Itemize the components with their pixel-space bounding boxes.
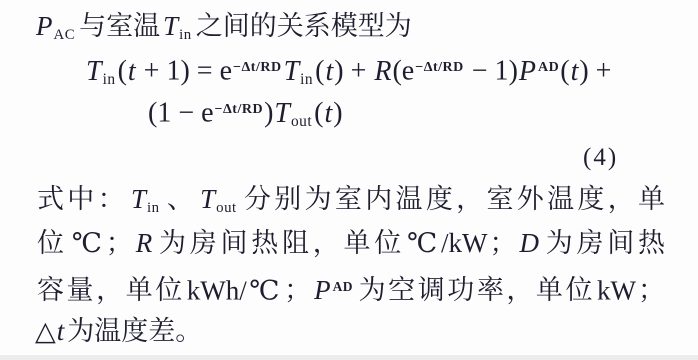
math-token: ； [638, 275, 665, 305]
math-token: + 1 [137, 56, 181, 87]
math-token: in [103, 71, 116, 88]
math-token: e [402, 56, 414, 87]
math-token: P [314, 275, 331, 305]
math-token: T [131, 184, 146, 214]
math-token: P [36, 11, 53, 41]
math-token: −Δt/RD [215, 102, 264, 117]
math-token: ℃； [72, 228, 133, 258]
math-token: (1 − e [148, 98, 214, 129]
math-token: 、 [164, 184, 198, 214]
math-token: 式中： [37, 184, 128, 214]
body-text-line-3: 容量，单位kWh/℃；PAD为空调功率，单位kW； [35, 269, 667, 308]
math-token: 容量，单位 [37, 275, 185, 305]
math-token: 分别为室内温度，室外温度，单 [241, 184, 665, 214]
math-token: T [200, 184, 215, 214]
math-token: AD [333, 279, 354, 294]
math-token: ℃/kW [407, 228, 487, 258]
math-token: in [179, 27, 192, 43]
math-token: ) [180, 56, 189, 87]
equation-line-2: (1 − e−Δt/RD)Tout(t) [148, 92, 343, 140]
math-token: ( [314, 98, 323, 129]
math-token: 为房间热 [542, 228, 665, 258]
math-token: in [300, 71, 313, 88]
math-token: △ [35, 316, 56, 346]
math-token: 位 [37, 228, 68, 258]
math-token: t [324, 98, 332, 129]
math-token: t [128, 56, 136, 87]
math-token: e [220, 56, 232, 87]
scan-edge-shadow [0, 355, 698, 360]
math-token: P [519, 56, 536, 87]
math-token: out [291, 113, 312, 130]
math-token: AC [54, 27, 76, 43]
math-token: −Δt/RD [233, 60, 282, 75]
math-token: ( [118, 56, 127, 87]
math-token: ) [579, 56, 588, 87]
math-token: 为温度差。 [67, 316, 202, 346]
body-text-line-4: △t为温度差。 [35, 313, 667, 349]
math-token: ) [264, 98, 273, 129]
math-token: in [147, 200, 160, 216]
math-token: ( [315, 56, 324, 87]
equation-number: (4) [583, 140, 618, 176]
math-token: −Δt/RD [415, 60, 464, 75]
math-token: ( [392, 56, 401, 87]
math-token: 之间的关系模型为 [196, 11, 412, 41]
math-token: R [374, 56, 391, 87]
math-token: T [274, 98, 290, 129]
math-token: 为房间热阻，单位 [155, 228, 405, 258]
math-token: ； [284, 275, 311, 305]
math-token: t [57, 316, 65, 346]
math-token: kWh/℃ [187, 275, 282, 305]
paper-excerpt: PAC与室温Tin之间的关系模型为 Tin(t + 1) = e−Δt/RDTi… [0, 0, 698, 360]
math-token: out [216, 200, 236, 216]
math-token: 与室温 [79, 11, 160, 41]
math-token: ) [333, 98, 342, 129]
intro-sentence: PAC与室温Tin之间的关系模型为 [35, 8, 414, 53]
math-token: ) [334, 56, 343, 87]
math-token: ) [509, 56, 518, 87]
math-token: + [589, 56, 612, 87]
math-token: kW [597, 275, 636, 305]
math-token: T [163, 11, 178, 41]
math-token: = [190, 56, 220, 87]
body-text-line-1: 式中：Tin、Tout分别为室内温度，室外温度，单 [35, 181, 667, 226]
math-token: + [344, 56, 374, 87]
body-text-line-2: 位℃；R为房间热阻，单位℃/kW；D为房间热 [35, 225, 667, 261]
math-token: t [325, 56, 333, 87]
math-token: AD [538, 60, 559, 75]
math-token: ； [489, 228, 516, 258]
math-token: T [284, 56, 300, 87]
math-token: 为空调功率，单位 [356, 275, 595, 305]
math-token: D [519, 228, 539, 258]
math-token: t [571, 56, 579, 87]
math-token: ( [560, 56, 569, 87]
math-token: − 1 [465, 56, 509, 87]
math-token: R [136, 228, 153, 258]
math-token: T [86, 56, 102, 87]
